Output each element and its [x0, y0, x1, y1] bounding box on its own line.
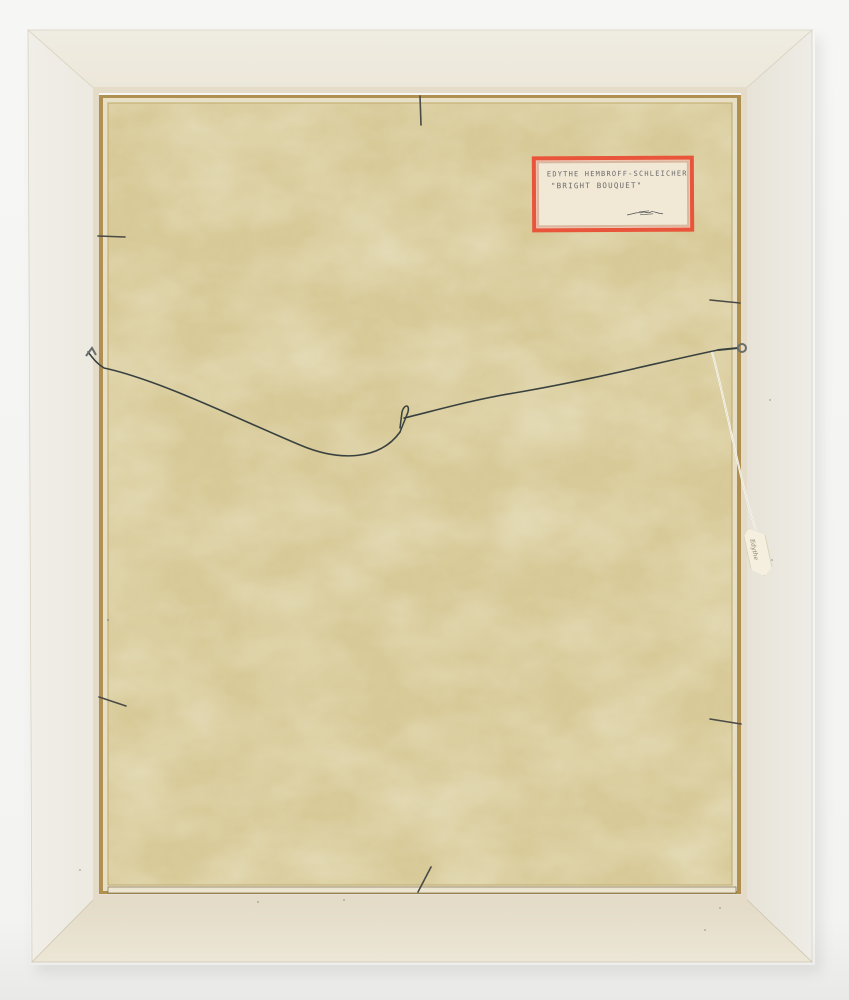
artist-name: EDYTHE HEMBROFF-SCHLEICHER: [547, 169, 679, 181]
artist-label: EDYTHE HEMBROFF-SCHLEICHER "BRIGHT BOUQU…: [532, 156, 694, 233]
frame-left-rail: [28, 30, 98, 962]
frame-top-rail: [28, 30, 812, 92]
nail-top: [420, 96, 421, 125]
nail-left-upper: [98, 236, 125, 237]
tag-text: Edythe: [748, 538, 759, 560]
frame-bottom-rail: [32, 895, 812, 962]
artist-label-paper: EDYTHE HEMBROFF-SCHLEICHER "BRIGHT BOUQU…: [537, 161, 689, 228]
picture-frame: [0, 0, 849, 1000]
artwork-title: "BRIGHT BOUQUET": [547, 180, 679, 192]
frame-right-rail: [742, 30, 812, 962]
photo-scene: EDYTHE HEMBROFF-SCHLEICHER "BRIGHT BOUQU…: [0, 0, 849, 1000]
signature-scrawl-icon: [627, 209, 663, 217]
